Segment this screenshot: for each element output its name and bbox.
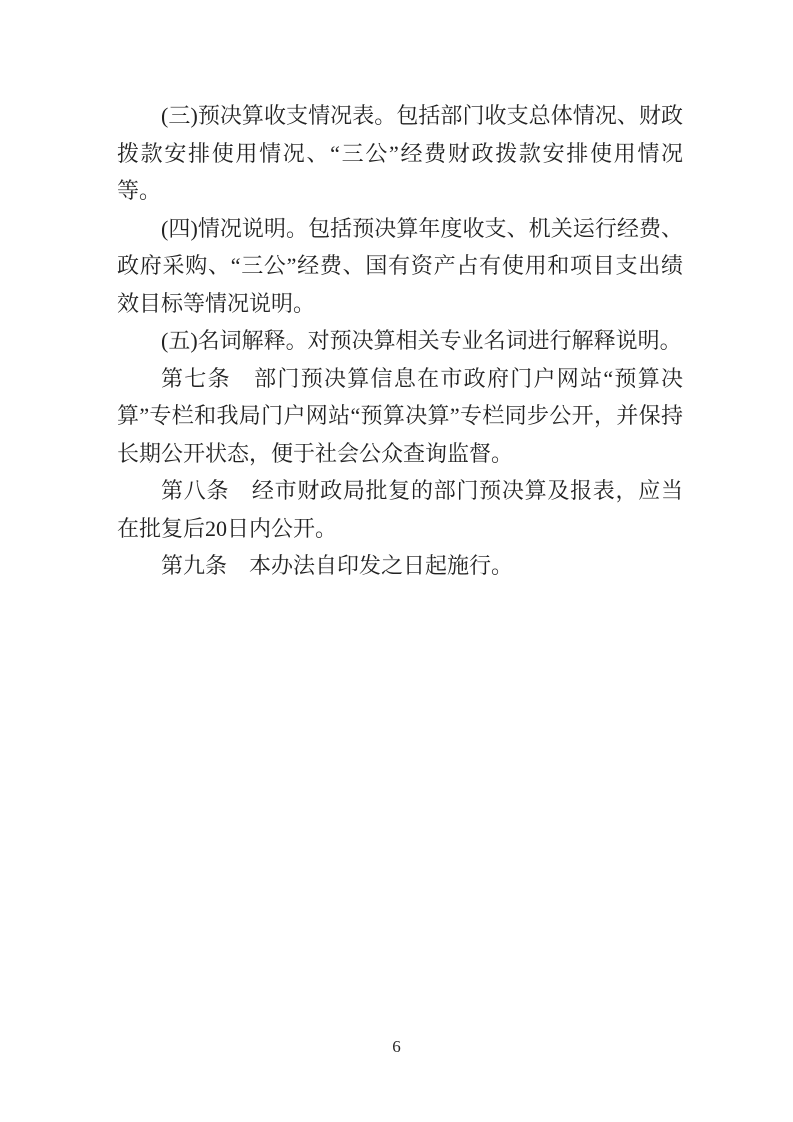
document-page: (三)预决算收支情况表。包括部门收支总体情况、财政拨款安排使用情况、“三公”经费… bbox=[0, 0, 793, 1122]
paragraph-item-4: (四)情况说明。包括预决算年度收支、机关运行经费、政府采购、“三公”经费、国有资… bbox=[117, 210, 683, 323]
paragraph-item-5: (五)名词解释。对预决算相关专业名词进行解释说明。 bbox=[117, 322, 683, 360]
document-text-block: (三)预决算收支情况表。包括部门收支总体情况、财政拨款安排使用情况、“三公”经费… bbox=[117, 97, 683, 585]
paragraph-article-9: 第九条 本办法自印发之日起施行。 bbox=[117, 547, 683, 585]
page-number: 6 bbox=[0, 1036, 793, 1058]
paragraph-article-7: 第七条 部门预决算信息在市政府门户网站“预算决算”专栏和我局门户网站“预算决算”… bbox=[117, 360, 683, 473]
paragraph-article-8: 第八条 经市财政局批复的部门预决算及报表，应当在批复后20日内公开。 bbox=[117, 472, 683, 547]
paragraph-item-3: (三)预决算收支情况表。包括部门收支总体情况、财政拨款安排使用情况、“三公”经费… bbox=[117, 97, 683, 210]
